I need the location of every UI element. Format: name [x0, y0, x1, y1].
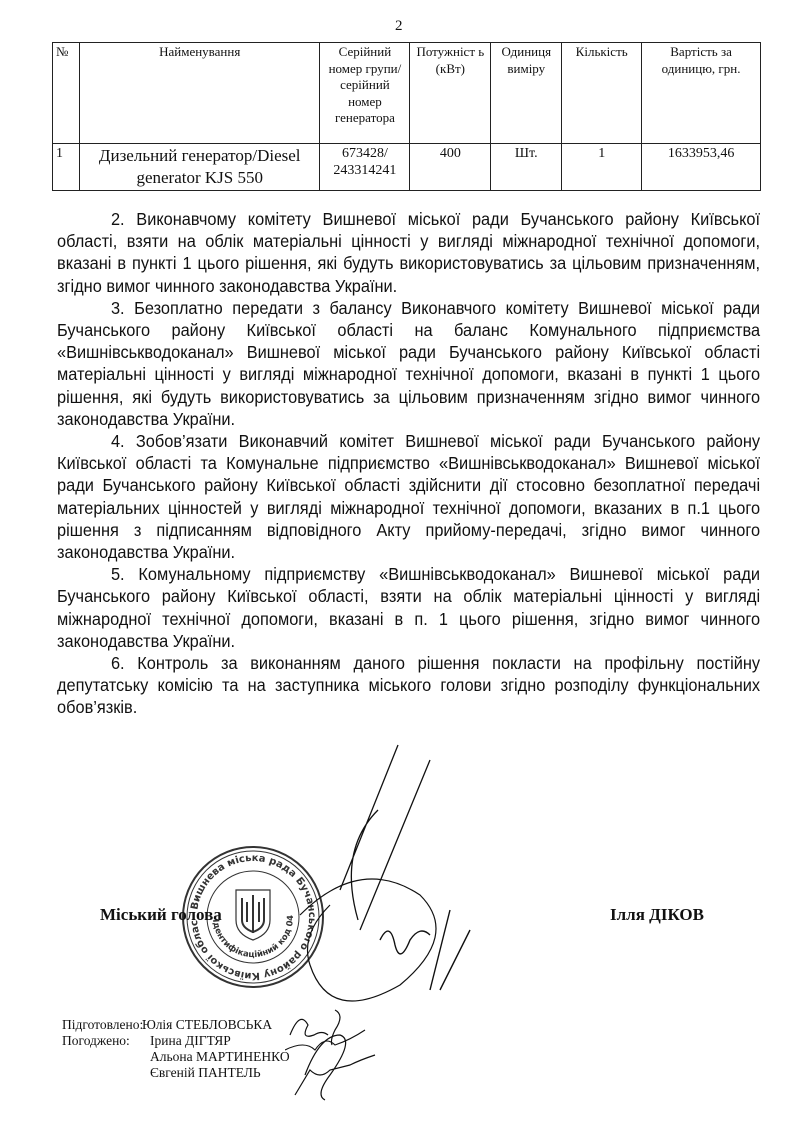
- page-number: 2: [395, 18, 403, 35]
- paragraph-5: 5. Комунальному підприємству «Вишнівськв…: [57, 563, 760, 652]
- approval-signatures-icon: [285, 1005, 425, 1105]
- approvals-block: Підготовлено: Юлія СТЕБЛОВСЬКА Погоджено…: [62, 1017, 290, 1081]
- paragraph-3: 3. Безоплатно передати з балансу Виконав…: [57, 297, 760, 430]
- paragraph-6: 6. Контроль за виконанням даного рішення…: [57, 652, 760, 719]
- col-header-unit: Одиниця виміру: [491, 43, 562, 144]
- decision-body: 2. Виконавчому комітету Вишневої міської…: [57, 208, 760, 719]
- signer-name: Ілля ДІКОВ: [610, 905, 704, 925]
- cell-name: Дизельний генератор/Diesel generator KJS…: [79, 144, 320, 191]
- prepared-by: Юлія СТЕБЛОВСЬКА: [142, 1017, 272, 1033]
- table-row: 1 Дизельний генератор/Diesel generator K…: [53, 144, 761, 191]
- col-header-serial: Серійний номер групи/ серійний номер ген…: [320, 43, 410, 144]
- signer-title: Міський голова: [100, 905, 222, 925]
- agreed-by-1: Ірина ДІГТЯР: [142, 1033, 231, 1049]
- paragraph-4: 4. Зобов’язати Виконавчий комітет Вишнев…: [57, 430, 760, 563]
- agreed-label: Погоджено:: [62, 1033, 142, 1049]
- col-header-quantity: Кількість: [562, 43, 642, 144]
- col-header-name: Найменування: [79, 43, 320, 144]
- col-header-price: Вартість за одиницю, грн.: [642, 43, 761, 144]
- agreed-by-3: Євгеній ПАНТЕЛЬ: [142, 1065, 261, 1081]
- col-header-power: Потужніст ь (кВт): [410, 43, 491, 144]
- col-header-number: №: [53, 43, 80, 144]
- cell-unit: Шт.: [491, 144, 562, 191]
- paragraph-2: 2. Виконавчому комітету Вишневої міської…: [57, 208, 760, 297]
- prepared-label: Підготовлено:: [62, 1017, 142, 1033]
- items-table: № Найменування Серійний номер групи/ сер…: [52, 42, 761, 191]
- cell-price: 1633953,46: [642, 144, 761, 191]
- agreed-by-2: Альона МАРТИНЕНКО: [142, 1049, 290, 1065]
- cell-power: 400: [410, 144, 491, 191]
- cell-number: 1: [53, 144, 80, 191]
- cell-serial: 673428/ 243314241: [320, 144, 410, 191]
- table-header-row: № Найменування Серійний номер групи/ сер…: [53, 43, 761, 144]
- cell-quantity: 1: [562, 144, 642, 191]
